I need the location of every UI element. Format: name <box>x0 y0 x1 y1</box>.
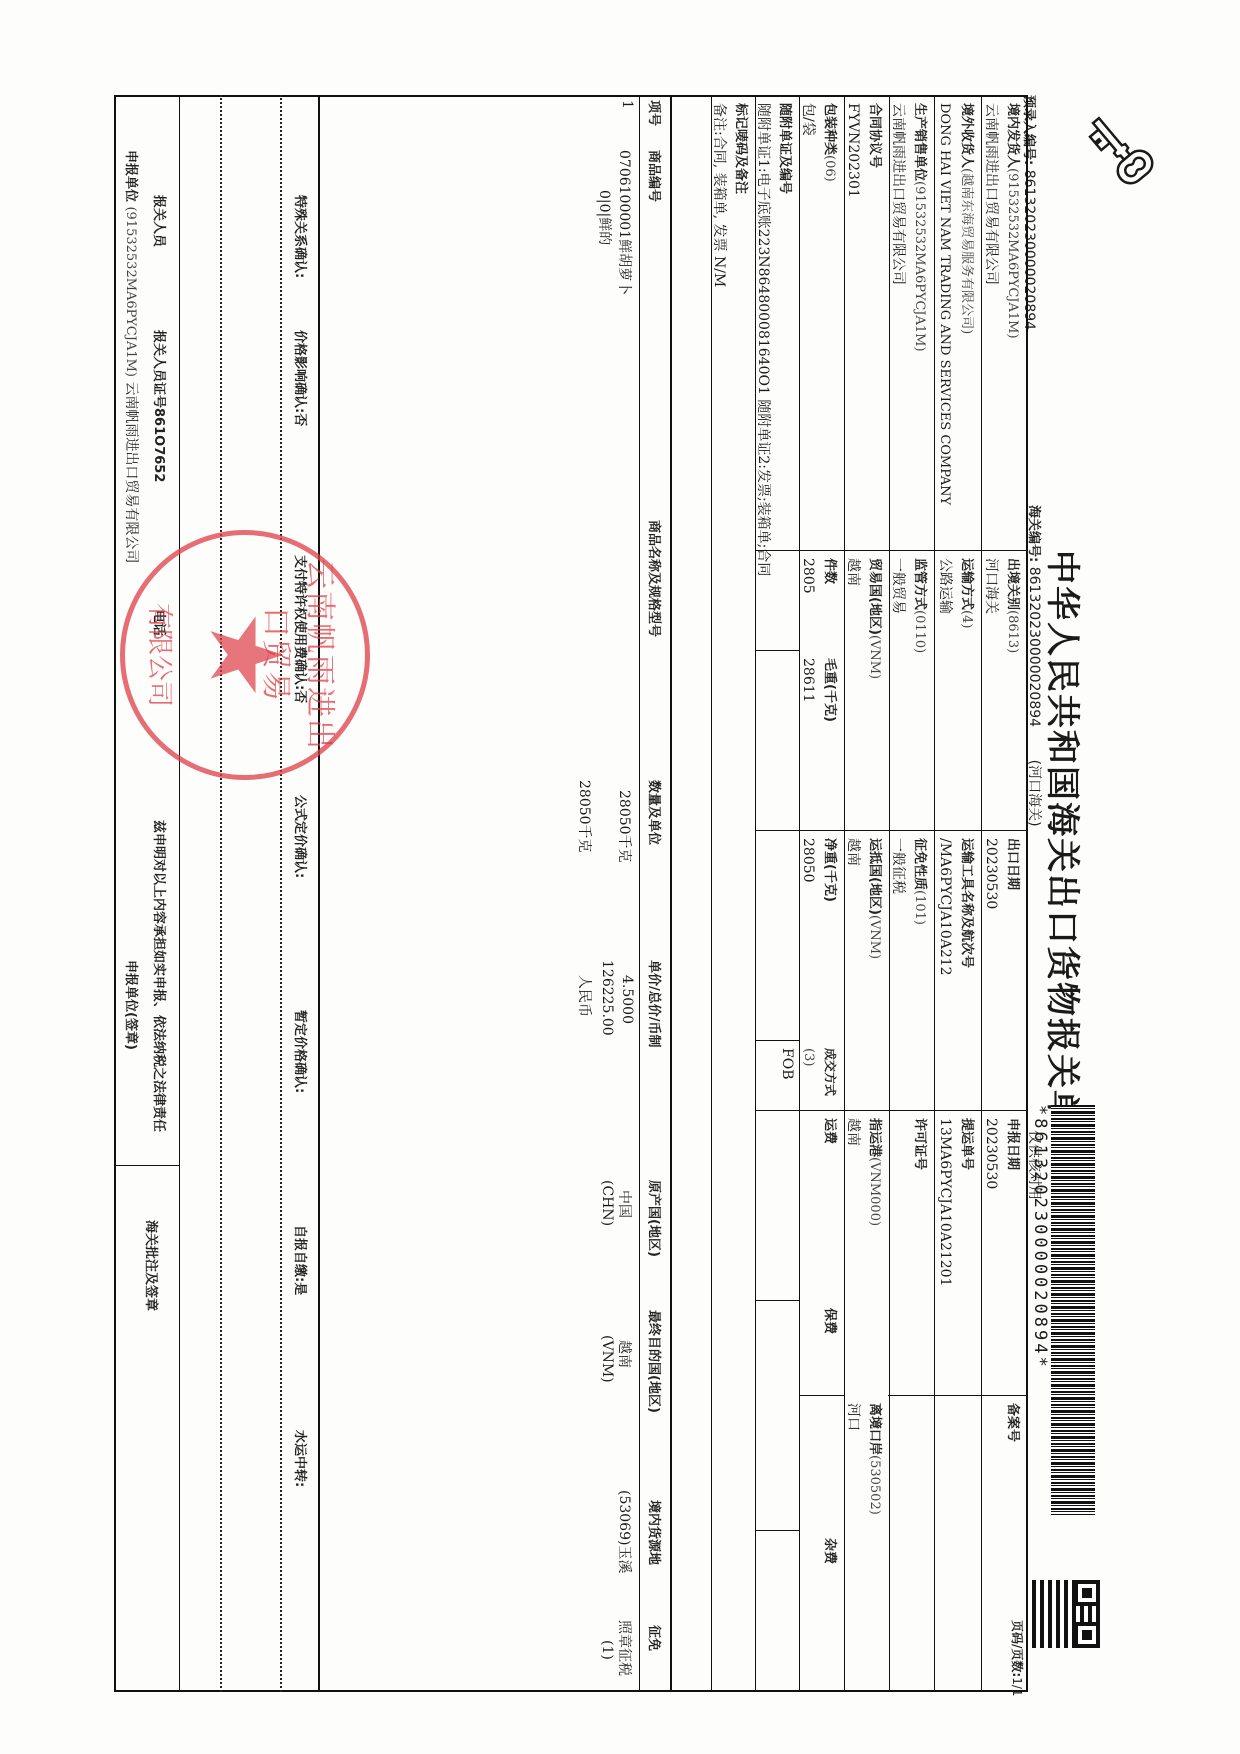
item-no: 1 <box>619 100 635 109</box>
unit-price: 4.5000 <box>619 975 635 1024</box>
field-bill-no: 提运单号 13MA6PYCJA10A21201 <box>932 1112 981 1392</box>
levy: 照章征税 <box>615 1620 635 1676</box>
field-destination-country: 运抵国(地区)(VNM) 越南 <box>840 832 889 1108</box>
field-pieces: 件数 2805 <box>795 552 844 648</box>
goods-header-col: 项号 <box>646 100 665 126</box>
field-misc-fees: 杂费 <box>816 1532 844 1688</box>
customs-no-label: 海关编号: <box>1026 505 1041 562</box>
goods-header-col: 征免 <box>646 1625 665 1651</box>
self-report-confirm: 自报自缴:是 <box>292 1225 311 1295</box>
customs-no: 海关编号: 861320230000020894 (河口海关) <box>1025 505 1045 827</box>
field-levy-nature: 征免性质(101) 一般征税 <box>885 832 934 1108</box>
total-price: 126225.00 <box>599 960 615 1036</box>
customs-approval-label: 海关批注及签章 <box>143 1220 162 1311</box>
barcode-text: *861320230000020894* <box>1030 1105 1050 1370</box>
special-relation-confirm: 特殊关系确认: <box>292 195 311 278</box>
formula-pricing-confirm: 公式定价确认: <box>292 795 311 878</box>
final-dest: 越南 <box>615 1340 635 1368</box>
field-package-type: 包装种类(06) 包/袋 <box>795 97 844 547</box>
field-port-of-destination: 指运港(VNM000) 越南 <box>840 1112 889 1392</box>
field-insurance: 保费 <box>816 1302 844 1528</box>
qty-second: 28050千克 <box>575 780 595 853</box>
field-declare-date: 申报日期 20230530 <box>978 1112 1027 1392</box>
field-trade-country: 贸易国(地区)(VNM) 越南 <box>840 552 889 828</box>
declarant-label: 报关人员 <box>151 195 170 247</box>
star-icon: ★ <box>195 610 295 700</box>
source-place: (53069)玉溪 <box>615 1490 635 1573</box>
water-transit-confirm: 水运中转: <box>292 1430 311 1487</box>
field-attached-docs: 随附单证及编号 随附单证1:电子底账223N864800081640O1 随附单… <box>750 97 799 1687</box>
goods-header-col: 原产国(地区) <box>646 1180 665 1257</box>
field-freight: 运费 <box>816 1112 844 1298</box>
spec: 0|0|鲜的 <box>595 190 615 245</box>
declaring-unit-sign: 申报单位(签章) <box>123 960 142 1050</box>
qr-code-icon <box>1032 1580 1100 1648</box>
field-overseas-consignee: 境外收货人(越南东海贸易服务有限公司) DONG HAI VIET NAM TR… <box>931 97 981 547</box>
field-net-weight: 净重(千克) 28050 <box>795 832 844 1038</box>
company-seal: 云南帆雨进出口贸易 ★ 有限公司 <box>120 530 370 780</box>
levy-code: (1) <box>599 1640 615 1660</box>
field-gross-weight: 毛重(千克) 28611 <box>795 652 844 828</box>
customs-office: (河口海关) <box>1026 760 1042 827</box>
field-export-date: 出口日期 20230530 <box>978 832 1027 1108</box>
goods-header-col: 商品名称及规格型号 <box>646 520 665 637</box>
qty-legal: 28050千克 <box>615 790 635 863</box>
field-exit-port: 离境口岸(530502) 河口 <box>840 1397 889 1687</box>
seal-bottom-text: 有限公司 <box>143 575 180 735</box>
hs-code-name: 0706100001鲜胡萝卜 <box>615 150 635 295</box>
customs-no-value: 861320230000020894 <box>1026 567 1042 727</box>
field-transport-mode: 运输方式(4) 公路运输 <box>932 552 981 828</box>
customs-declaration-page: 🗝 预录入编号: 861320230000020894 中华人民共和国海关出口货… <box>0 0 1240 1754</box>
goods-header-col: 商品编号 <box>646 150 665 202</box>
currency: 人民币 <box>575 975 595 1017</box>
field-transport-tool: 运输工具名称及航次号 /MA6PYCJA10A212 <box>932 832 981 1108</box>
field-supervision-mode: 监管方式(0110) 一般贸易 <box>885 552 934 828</box>
declarant-cert: 报关人员证号861O7652 <box>151 330 170 482</box>
field-exit-customs: 出境关别(8613) 河口海关 <box>978 552 1027 828</box>
goods-header-col: 最终目的国(地区) <box>646 1310 665 1413</box>
field-record-no: 备案号 <box>999 1397 1027 1687</box>
field-domestic-shipper: 境内发货人(91532532MA6PYCJA1M) 云南帆雨进出口贸易有限公司 <box>978 97 1027 547</box>
origin-code: (CHN) <box>599 1180 615 1226</box>
final-dest-code: (VNM) <box>599 1335 615 1383</box>
field-marks-remarks: 标记唛码及备注 备注:合同, 装箱单, 发票 N/M <box>706 97 755 1687</box>
goods-header-col: 境内货源地 <box>646 1500 665 1565</box>
customs-emblem-icon: 🗝 <box>1088 110 1152 191</box>
origin: 中国 <box>615 1190 635 1218</box>
goods-header-col: 单价/总价/币制 <box>646 960 665 1048</box>
field-production-unit: 生产销售单位(91532532MA6PYCJA1M) 云南帆雨进出口贸易有限公司 <box>885 97 934 547</box>
goods-header-col: 数量及单位 <box>646 780 665 845</box>
barcode <box>1051 1105 1095 1515</box>
field-license-no: 许可证号 <box>906 1112 934 1392</box>
declaring-unit: 申报单位 (91532532MA6PYCJA1M) 云南帆雨进出口贸易有限公司 <box>122 150 142 563</box>
provisional-price-confirm: 暂定价格确认: <box>292 1010 311 1093</box>
price-influence-confirm: 价格影响确认:否 <box>292 330 311 426</box>
page-title: 中华人民共和国海关出口货物报关单 <box>1041 550 1090 1126</box>
declaration-statement: 兹申明对以上内容承担如实申报、依法纳税之法律责任 <box>151 820 170 1132</box>
field-contract-no: 合同协议号 FYVN202301 <box>840 97 889 547</box>
